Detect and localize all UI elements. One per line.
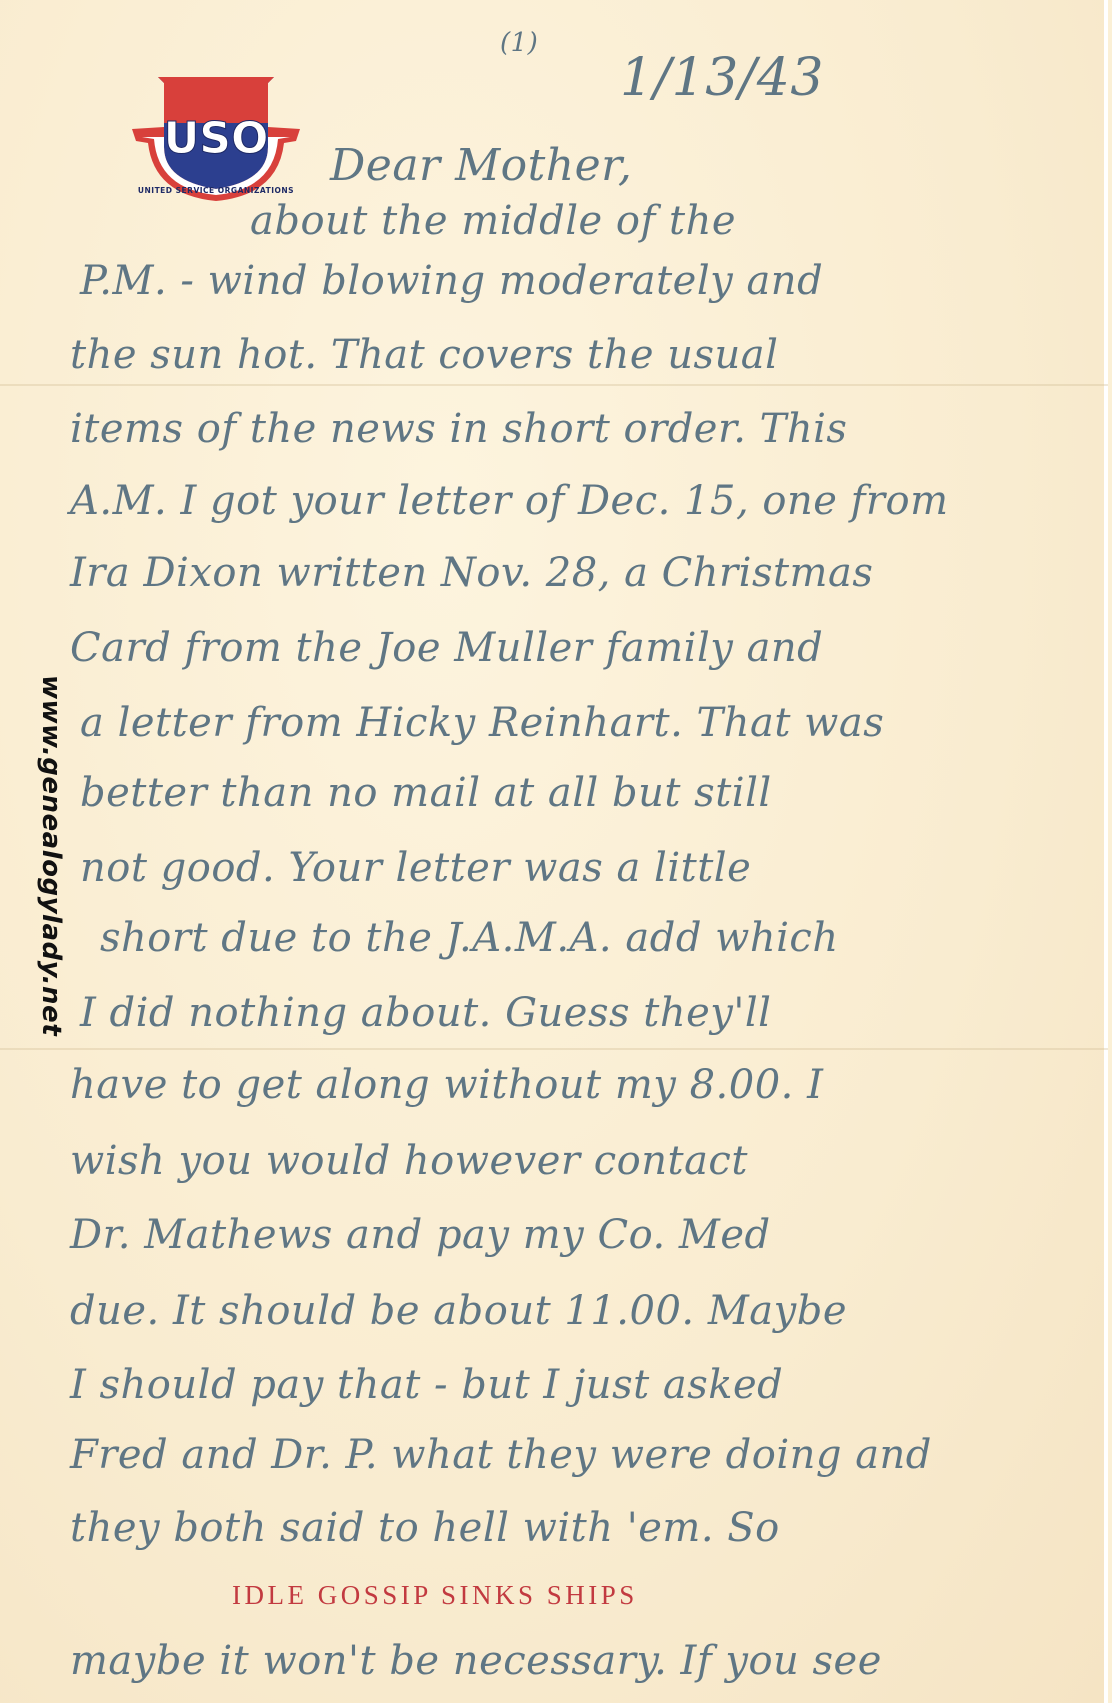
body-line: Fred and Dr. P. what they were doing and — [70, 1432, 932, 1478]
body-line: P.M. - wind blowing moderately and — [80, 258, 823, 304]
body-line: about the middle of the — [250, 198, 736, 244]
body-line: A.M. I got your letter of Dec. 15, one f… — [70, 478, 949, 524]
letter-page: USO UNITED SERVICE ORGANIZATIONS (1) 1/1… — [0, 0, 1108, 1703]
scan-edge — [1104, 0, 1108, 1703]
paper-fold — [0, 1048, 1108, 1050]
body-line: have to get along without my 8.00. I — [70, 1062, 823, 1108]
body-line: I did nothing about. Guess they'll — [80, 990, 771, 1036]
body-line: I should pay that - but I just asked — [70, 1362, 783, 1408]
letter-date: 1/13/43 — [620, 48, 824, 108]
body-line: items of the news in short order. This — [70, 406, 847, 452]
body-line: a letter from Hicky Reinhart. That was — [80, 700, 884, 746]
body-line: the sun hot. That covers the usual — [70, 332, 778, 378]
body-line: Card from the Joe Muller family and — [70, 625, 823, 671]
body-line: better than no mail at all but still — [80, 770, 772, 816]
salutation: Dear Mother, — [330, 140, 632, 191]
body-line: maybe it won't be necessary. If you see — [70, 1638, 882, 1684]
paper-fold — [0, 384, 1108, 386]
watermark: www.genealogylady.net — [28, 675, 66, 975]
page-number: (1) — [500, 28, 538, 58]
body-line: they both said to hell with 'em. So — [70, 1505, 780, 1551]
body-line: wish you would however contact — [70, 1138, 748, 1184]
body-line: Dr. Mathews and pay my Co. Med — [70, 1212, 771, 1258]
body-line: short due to the J.A.M.A. add which — [100, 915, 839, 961]
body-line: not good. Your letter was a little — [80, 845, 751, 891]
svg-text:UNITED SERVICE ORGANIZATIONS: UNITED SERVICE ORGANIZATIONS — [138, 186, 294, 195]
svg-text:USO: USO — [164, 113, 269, 164]
body-line: Ira Dixon written Nov. 28, a Christmas — [70, 550, 873, 596]
body-line: due. It should be about 11.00. Maybe — [70, 1288, 847, 1334]
uso-logo-icon: USO UNITED SERVICE ORGANIZATIONS — [128, 77, 304, 203]
footer-slogan: IDLE GOSSIP SINKS SHIPS — [232, 1580, 638, 1611]
